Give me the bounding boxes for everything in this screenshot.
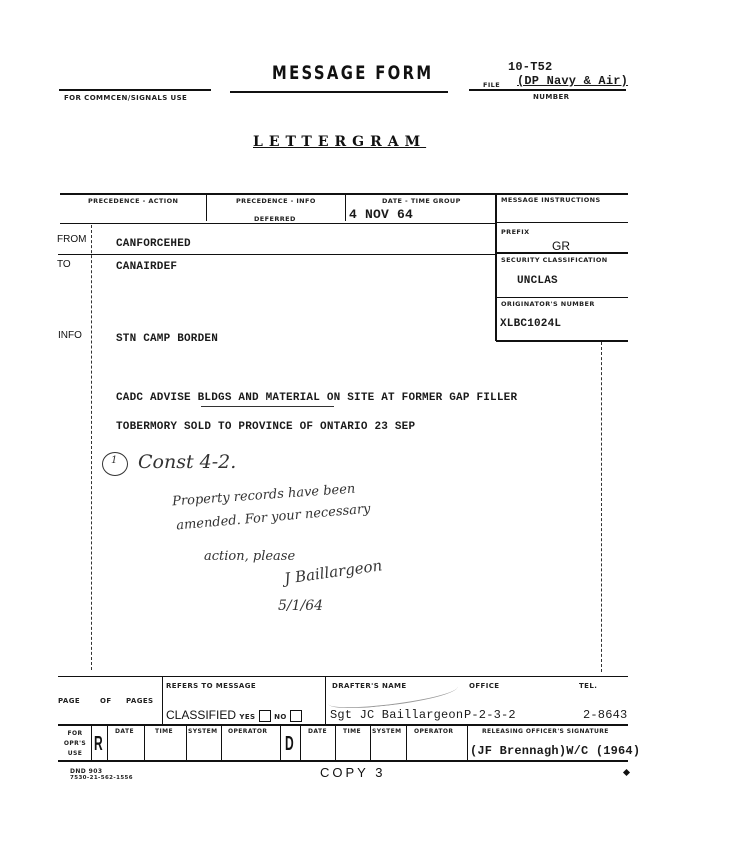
annotation-signature: J Baillargeon	[283, 556, 383, 588]
releasing-officer-value: (JF Brennagh)W/C (1964)	[470, 744, 640, 758]
r-time-label: TIME	[155, 728, 173, 735]
for-oprs-use-label: FOR OPR'S USE	[60, 729, 90, 759]
precedence-info-value: DEFERRED	[254, 215, 296, 223]
yes-label: YES	[239, 713, 255, 721]
to-value: CANAIRDEF	[116, 261, 177, 273]
drafters-name-value: Sgt JC Baillargeon	[330, 708, 463, 722]
divider	[107, 726, 108, 761]
footer-bottom-border	[58, 760, 628, 762]
message-body-line1: CADC ADVISE BLDGS AND MATERIAL ON SITE A…	[116, 392, 517, 404]
tel-value: 2-8643	[583, 708, 627, 722]
precedence-info-label: PRECEDENCE - INFO	[236, 197, 316, 205]
file-number-line2: (DP Navy & Air)	[517, 74, 628, 88]
diamond-mark-icon	[623, 769, 630, 776]
circled-note-number: 1	[111, 455, 117, 466]
originator-number-label: ORIGINATOR'S NUMBER	[501, 300, 595, 308]
annotation-date: 5/1/64	[278, 598, 323, 614]
prefix-label: PREFIX	[501, 228, 529, 236]
precedence-action-label: PRECEDENCE - ACTION	[88, 197, 178, 205]
right-margin-dashed	[601, 342, 602, 672]
oprs-label: OPR'S	[60, 739, 90, 749]
file-number-line1: 10-T52	[508, 60, 552, 74]
divider	[91, 726, 92, 761]
message-instructions-label: MESSAGE INSTRUCTIONS	[501, 196, 601, 204]
divider	[406, 726, 407, 761]
d-operator-label: OPERATOR	[414, 728, 453, 735]
annotation-line4: action, please	[204, 549, 295, 564]
r-system-label: SYSTEM	[188, 728, 218, 735]
divider	[221, 726, 222, 761]
commcen-label: FOR COMMCEN/SIGNALS USE	[64, 94, 187, 102]
security-classification-label: SECURITY CLASSIFICATION	[501, 256, 608, 264]
tel-label: TEL.	[579, 682, 597, 690]
prefix-value: GR	[552, 239, 570, 253]
use-label: USE	[60, 749, 90, 759]
divider	[280, 726, 281, 761]
divider	[496, 297, 628, 298]
r-operator-label: OPERATOR	[228, 728, 267, 735]
right-panel-border	[495, 193, 497, 341]
divider	[144, 726, 145, 761]
divider	[496, 222, 628, 223]
from-label: FROM	[57, 234, 86, 245]
r-label: R	[94, 733, 103, 756]
d-time-label: TIME	[343, 728, 361, 735]
form-id-line2: 7530-21-562-1556	[70, 775, 133, 781]
right-panel-bottom	[496, 340, 628, 342]
divider	[335, 726, 336, 761]
for-label: FOR	[60, 729, 90, 739]
classified-label: CLASSIFIED	[166, 708, 236, 722]
releasing-officer-label: RELEASING OFFICER'S SIGNATURE	[482, 728, 609, 735]
divider	[345, 195, 346, 221]
form-top-border	[60, 193, 628, 195]
precedence-bottom-line	[60, 223, 496, 224]
footer-top-border	[58, 676, 628, 677]
to-label: TO	[57, 259, 71, 270]
from-value: CANFORCEHED	[116, 238, 191, 250]
classified-yes-checkbox[interactable]	[259, 710, 271, 722]
page-label: PAGE	[58, 697, 80, 705]
info-label: INFO	[58, 330, 82, 341]
message-body-line2: TOBERMORY SOLD TO PROVINCE OF ONTARIO 23…	[116, 421, 415, 433]
file-underline	[469, 89, 626, 91]
pages-label: PAGES	[126, 697, 153, 705]
office-label: OFFICE	[469, 682, 499, 690]
body-handwritten-underline	[201, 406, 334, 407]
originator-number-value: XLBC1024L	[500, 318, 561, 330]
security-classification-value: UNCLAS	[517, 275, 558, 287]
form-id-line1: DND 903	[70, 768, 102, 775]
divider	[162, 677, 163, 724]
dtg-label: DATE - TIME GROUP	[382, 197, 461, 205]
left-margin-dashed	[91, 225, 92, 670]
classified-no-checkbox[interactable]	[290, 710, 302, 722]
divider	[325, 677, 326, 724]
d-date-label: DATE	[308, 728, 327, 735]
divider	[370, 726, 371, 761]
no-label: NO	[274, 713, 287, 721]
info-value: STN CAMP BORDEN	[116, 333, 218, 345]
office-value: P-2-3-2	[464, 708, 516, 722]
divider	[496, 252, 628, 254]
number-label: NUMBER	[533, 93, 569, 101]
d-label: D	[285, 733, 294, 756]
from-to-divider	[58, 254, 496, 255]
message-form-title: MESSAGE FORM	[272, 62, 433, 84]
refers-to-message-label: REFERS TO MESSAGE	[166, 682, 256, 690]
of-label: OF	[100, 697, 112, 705]
r-date-label: DATE	[115, 728, 134, 735]
lettergram-heading: LETTERGRAM	[253, 134, 426, 150]
annotation-line1: Const 4-2.	[138, 451, 236, 473]
divider	[467, 726, 468, 761]
dtg-value: 4 NOV 64	[349, 207, 413, 222]
d-system-label: SYSTEM	[372, 728, 402, 735]
divider	[186, 726, 187, 761]
copy-number: COPY 3	[320, 765, 385, 780]
commcen-underline	[59, 89, 211, 91]
divider	[206, 195, 207, 221]
title-underline	[230, 91, 448, 93]
file-label: FILE	[483, 81, 500, 89]
classified-row: CLASSIFIED YES NO	[166, 708, 302, 722]
divider	[300, 726, 301, 761]
